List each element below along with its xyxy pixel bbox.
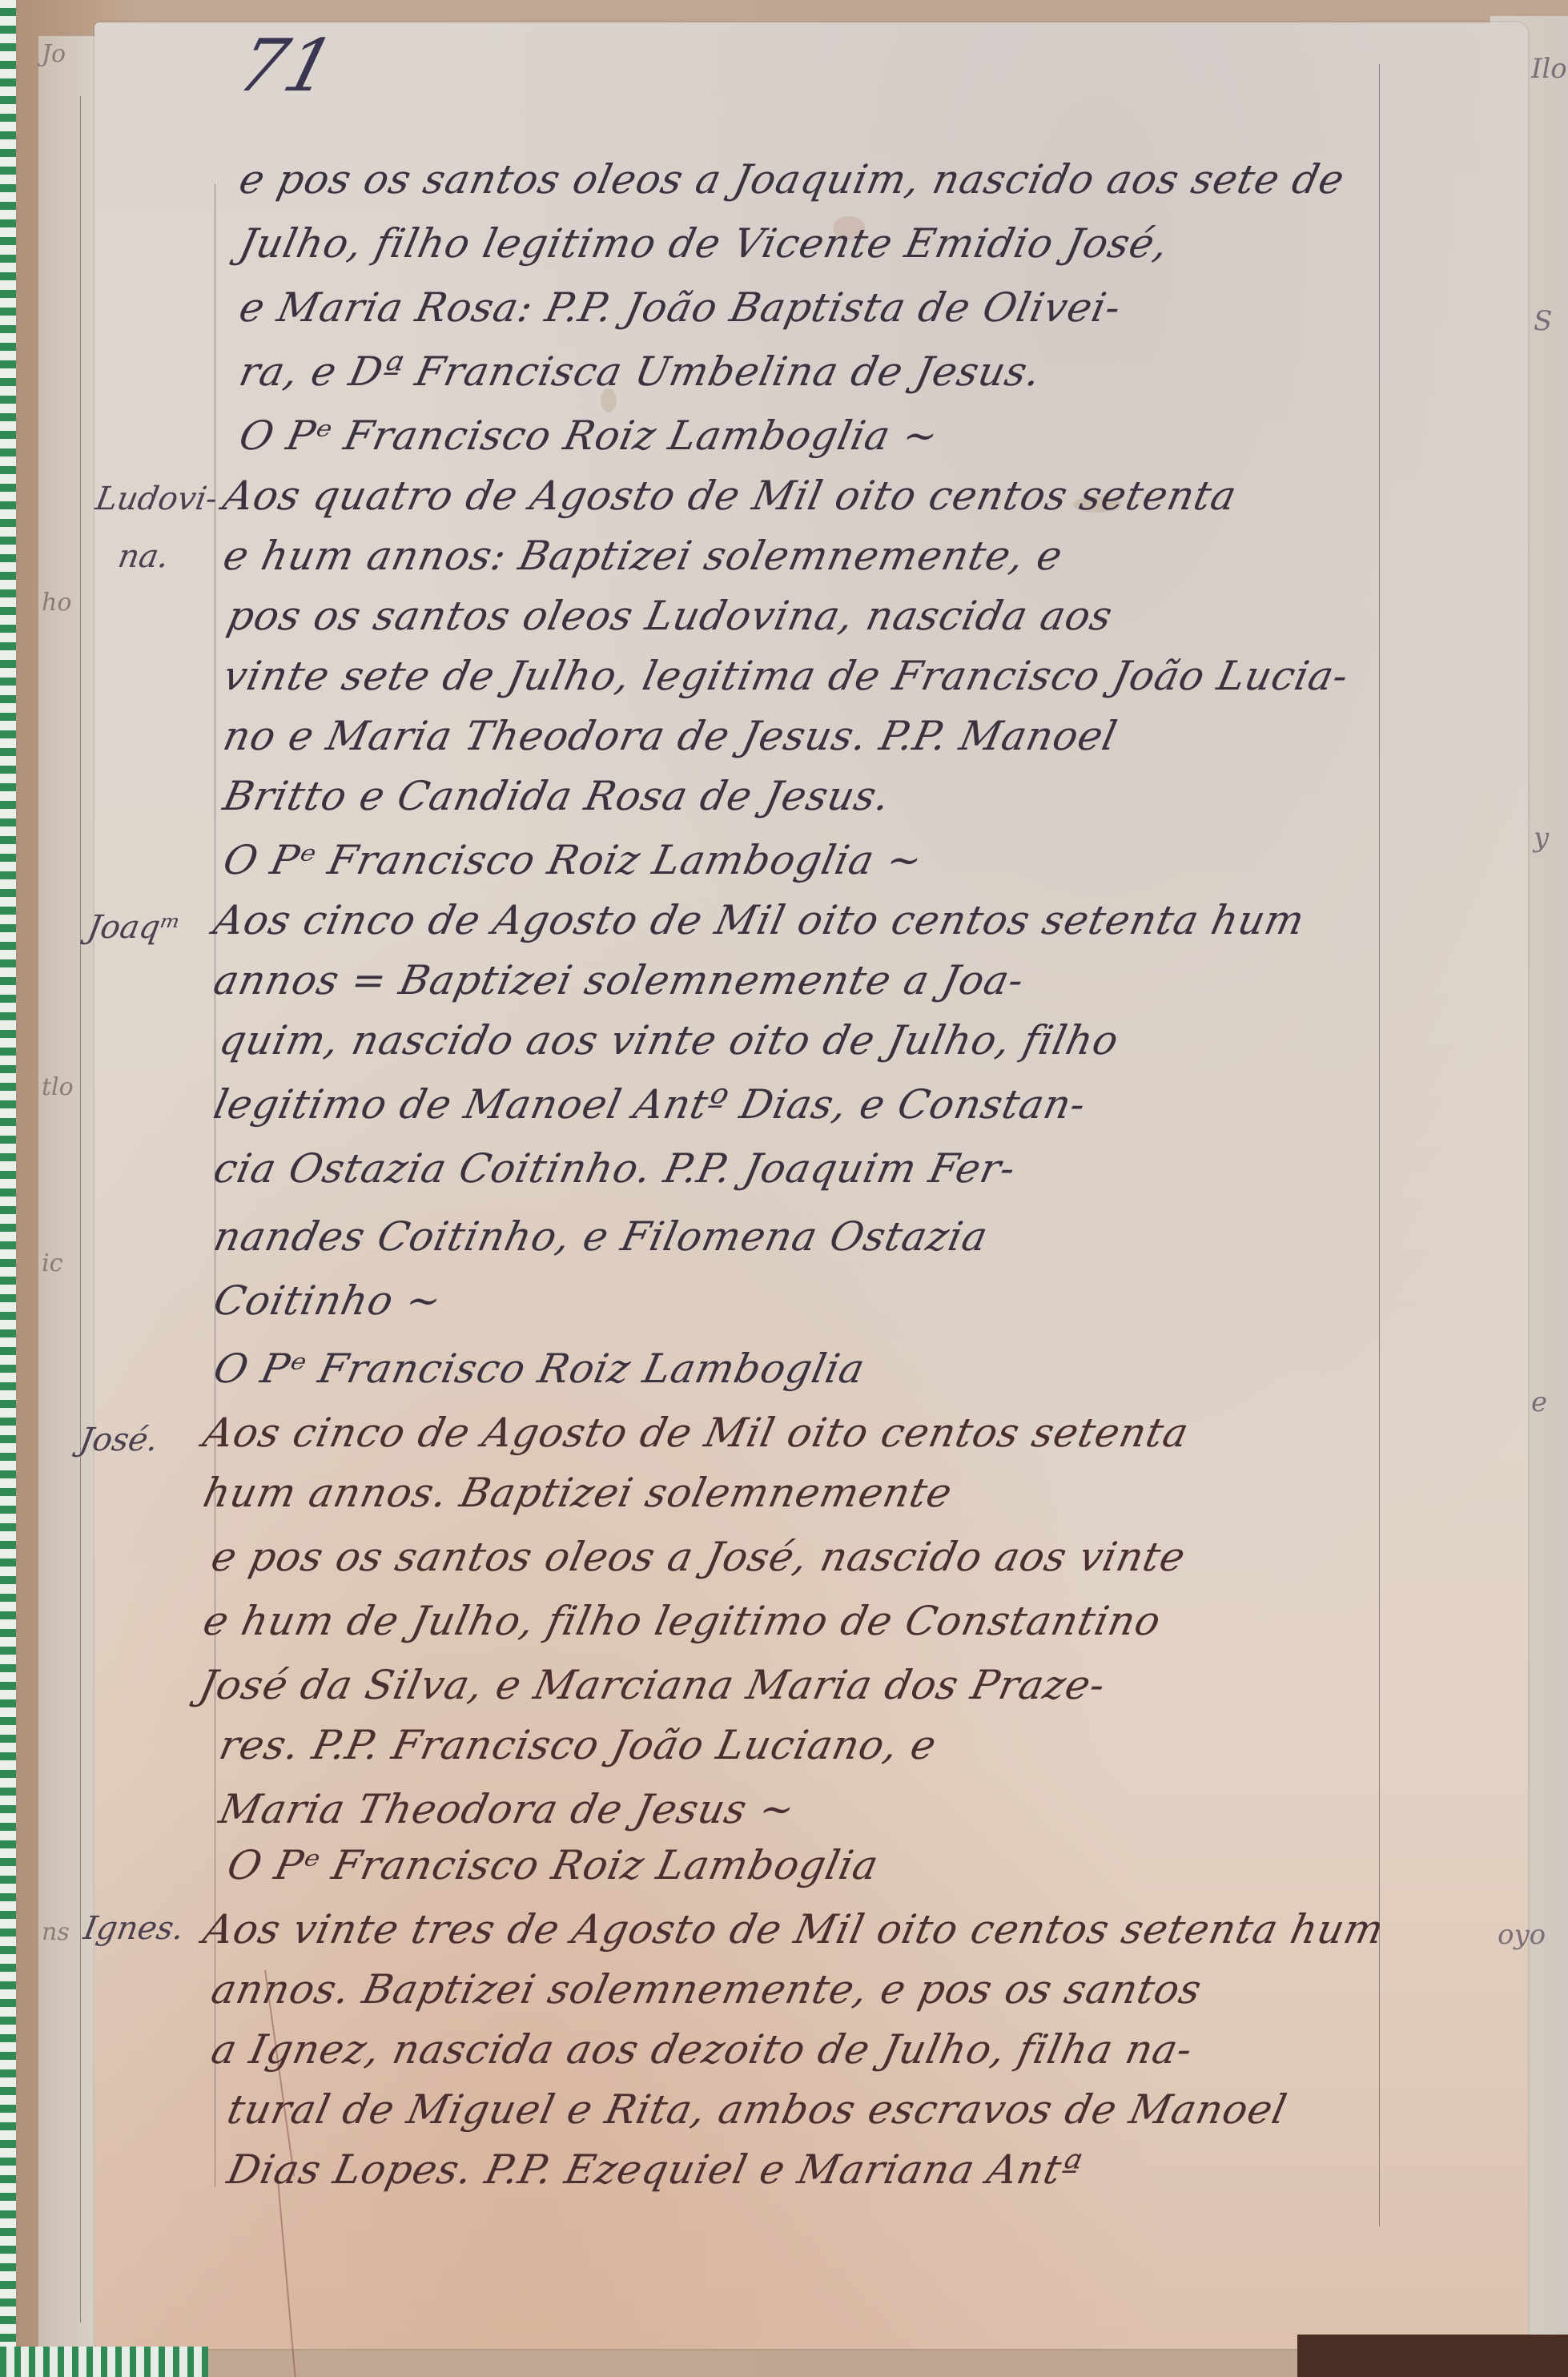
- gutter-text-fragment: Jo: [42, 40, 66, 68]
- handwritten-line: e hum annos: Baptizei solemnemente, e: [219, 533, 1067, 579]
- handwritten-line: Maria Theodora de Jesus ~: [215, 1786, 799, 1832]
- handwritten-line: e Maria Rosa: P.P. João Baptista de Oliv…: [235, 284, 1125, 331]
- handwritten-line: e pos os santos oleos a Joaquim, nascido…: [235, 156, 1349, 203]
- handwritten-line: a Ignez, nascida aos dezoito de Julho, f…: [207, 2026, 1197, 2073]
- handwritten-line: annos. Baptizei solemnemente, e pos os s…: [207, 1966, 1206, 2013]
- underlying-page-text-fragment: S: [1534, 305, 1552, 337]
- handwritten-line: e hum de Julho, filho legitimo de Consta…: [199, 1598, 1165, 1644]
- underlying-page-text-fragment: y: [1534, 822, 1549, 854]
- margin-name-note: Ignes.: [81, 1910, 187, 1947]
- underlying-page-text-fragment: Ilo: [1531, 53, 1567, 85]
- gutter-text-fragment: ic: [42, 1249, 62, 1277]
- gutter-text-fragment: ho: [42, 589, 71, 617]
- handwritten-line: tural de Miguel e Rita, ambos escravos d…: [223, 2086, 1292, 2133]
- underlying-page-text-fragment: oyo: [1498, 1919, 1546, 1951]
- handwritten-line: Coitinho ~: [210, 1277, 446, 1324]
- handwritten-line: Aos cinco de Agosto de Mil oito centos s…: [199, 1410, 1193, 1456]
- handwritten-line: Dias Lopes. P.P. Ezequiel e Mariana Antª: [223, 2146, 1086, 2193]
- handwritten-line: quim, nascido aos vinte oito de Julho, f…: [215, 1017, 1124, 1064]
- handwritten-line: Julho, filho legitimo de Vicente Emidio …: [235, 220, 1173, 267]
- handwritten-line: José da Silva, e Marciana Maria dos Praz…: [195, 1662, 1110, 1708]
- handwritten-line: O Pᵉ Francisco Roiz Lamboglia ~: [219, 837, 927, 883]
- handwritten-line: e pos os santos oleos a José, nascido ao…: [207, 1534, 1190, 1580]
- handwritten-line: Britto e Candida Rosa de Jesus.: [219, 773, 895, 819]
- handwritten-line: O Pᵉ Francisco Roiz Lamboglia: [223, 1842, 883, 1888]
- table-shadow: [1297, 2335, 1568, 2377]
- handwritten-line: vinte sete de Julho, legitima de Francis…: [219, 653, 1353, 699]
- gingham-cloth-bottom: [0, 2347, 208, 2377]
- handwritten-line: Aos cinco de Agosto de Mil oito centos s…: [210, 897, 1309, 943]
- underlying-page-text-fragment: e: [1531, 1386, 1547, 1418]
- handwritten-line: Aos quatro de Agosto de Mil oito centos …: [219, 473, 1241, 519]
- margin-name-note: Ludovi-: [93, 481, 220, 517]
- gutter-text-fragment: ns: [42, 1918, 70, 1946]
- margin-name-note: Joaqᵐ: [85, 909, 183, 946]
- handwritten-line: annos = Baptizei solemnemente a Joa-: [210, 957, 1028, 1003]
- gingham-cloth-background: [0, 0, 16, 2377]
- outer-margin-rule: [80, 96, 81, 2323]
- handwritten-line: cia Ostazia Coitinho. P.P. Joaquim Fer-: [210, 1145, 1020, 1192]
- handwritten-line: res. P.P. Francisco João Luciano, e: [215, 1722, 941, 1768]
- margin-name-note: José.: [77, 1422, 161, 1458]
- handwritten-line: no e Maria Theodora de Jesus. P.P. Manoe…: [219, 713, 1122, 759]
- right-margin-rule: [1379, 64, 1380, 2226]
- handwritten-line: O Pᵉ Francisco Roiz Lamboglia ~: [235, 412, 943, 459]
- handwritten-line: hum annos. Baptizei solemnemente: [199, 1470, 957, 1516]
- handwritten-line: nandes Coitinho, e Filomena Ostazia: [210, 1213, 992, 1260]
- handwritten-line: legitimo de Manoel Antº Dias, e Constan-: [210, 1081, 1091, 1128]
- gutter-text-fragment: tlo: [42, 1073, 74, 1101]
- handwritten-line: pos os santos oleos Ludovina, nascida ao…: [223, 593, 1117, 639]
- page-gutter-strip: [38, 36, 95, 2347]
- handwritten-line: ra, e Dª Francisca Umbelina de Jesus.: [235, 348, 1046, 395]
- handwritten-line: Aos vinte tres de Agosto de Mil oito cen…: [199, 1906, 1389, 1953]
- handwritten-line: O Pᵉ Francisco Roiz Lamboglia: [210, 1345, 870, 1392]
- margin-name-note: na.: [115, 538, 171, 575]
